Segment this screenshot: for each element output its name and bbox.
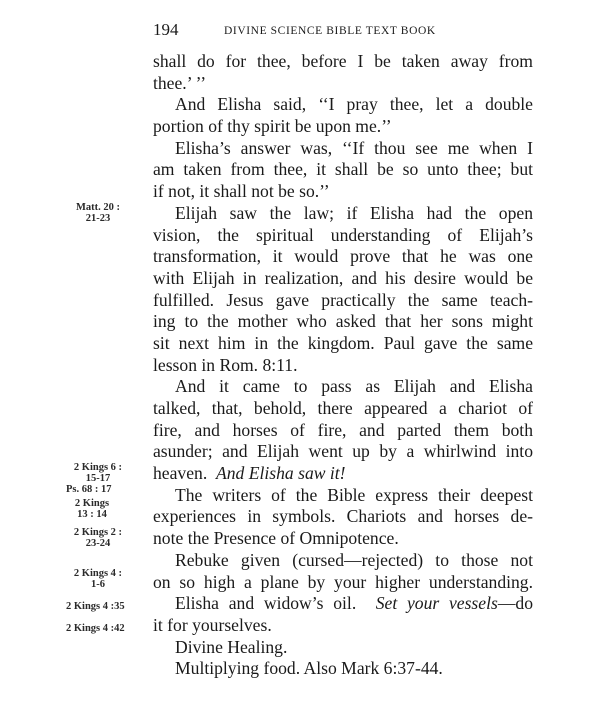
italic-phrase: Set your vessels — [376, 593, 498, 613]
margin-note-line: 2 Kings 4 :42 — [66, 623, 158, 634]
text-line: talked, that, behold, there appeared a c… — [153, 398, 533, 420]
margin-note-line: 2 Kings 4 : — [52, 568, 144, 579]
text-line: Elijah saw the law; if Elisha had the op… — [153, 203, 533, 225]
margin-note-matt-20: Matt. 20 : 21-23 — [52, 202, 144, 224]
text-line: Multiplying food. Also Mark 6:37-44. — [153, 658, 533, 680]
margin-note-line: Ps. 68 : 17 — [66, 484, 158, 495]
text-fragment: heaven. — [153, 463, 207, 483]
text-fragment: —do — [498, 593, 533, 613]
text-line: ing to the mother who asked that her son… — [153, 311, 533, 333]
text-line: vision, the spiritual understanding of E… — [153, 225, 533, 247]
text-line: heaven. And Elisha saw it! — [153, 463, 533, 485]
margin-note-line: 2 Kings 6 : — [52, 462, 144, 473]
body-text: shall do for thee, before I be taken awa… — [153, 51, 533, 680]
text-line: note the Presence of Omnipotence. — [153, 528, 533, 550]
page-number: 194 — [153, 20, 179, 40]
text-line: am taken from thee, it shall be so unto … — [153, 159, 533, 181]
margin-note-line: 23-24 — [52, 538, 144, 549]
text-line: lesson in Rom. 8:11. — [153, 355, 533, 377]
text-fragment: Elisha and widow’s oil. — [175, 593, 356, 613]
text-line: it for yourselves. — [153, 615, 533, 637]
margin-note-line: 15-17 — [52, 473, 144, 484]
text-line: Elisha’s answer was, ‘‘If thou see me wh… — [153, 138, 533, 160]
text-line: And Elisha said, ‘‘I pray thee, let a do… — [153, 94, 533, 116]
margin-note-line: 2 Kings 2 : — [52, 527, 144, 538]
text-line: experiences in symbols. Chariots and hor… — [153, 506, 533, 528]
margin-note-2-kings-13: 2 Kings 13 : 14 — [46, 498, 138, 520]
margin-note-2-kings-4-42: 2 Kings 4 :42 — [66, 623, 158, 634]
text-line: thee.’ ’’ — [153, 73, 533, 95]
text-line: The writers of the Bible express their d… — [153, 485, 533, 507]
margin-note-line: 21-23 — [52, 213, 144, 224]
text-line: Elisha and widow’s oil. Set your vessels… — [153, 593, 533, 615]
text-line: if not, it shall not be so.’’ — [153, 181, 533, 203]
margin-note-2-kings-2: 2 Kings 2 : 23-24 — [52, 527, 144, 549]
margin-note-line: Matt. 20 : — [52, 202, 144, 213]
margin-note-2-kings-4-1: 2 Kings 4 : 1-6 — [52, 568, 144, 590]
margin-note-line: 1-6 — [52, 579, 144, 590]
text-line: And it came to pass as Elijah and Elisha — [153, 376, 533, 398]
text-line: on so high a plane by your higher unders… — [153, 572, 533, 594]
margin-note-2-kings-6: 2 Kings 6 : 15-17 — [52, 462, 144, 484]
text-line: portion of thy spirit be upon me.’’ — [153, 116, 533, 138]
book-page: 194 DIVINE SCIENCE BIBLE TEXT BOOK Matt.… — [0, 0, 600, 709]
text-line: fire, and horses of fire, and parted the… — [153, 420, 533, 442]
text-line: with Elijah in realization, and his desi… — [153, 268, 533, 290]
margin-note-line: 13 : 14 — [46, 509, 138, 520]
italic-phrase: And Elisha saw it! — [216, 463, 346, 483]
text-line: fulfilled. Jesus gave practically the sa… — [153, 290, 533, 312]
page-header: 194 DIVINE SCIENCE BIBLE TEXT BOOK — [153, 20, 533, 40]
margin-note-2-kings-4-35: 2 Kings 4 :35 — [66, 601, 158, 612]
text-line: transformation, it would prove that he w… — [153, 246, 533, 268]
text-line: Rebuke given (cursed—rejected) to those … — [153, 550, 533, 572]
margin-note-line: 2 Kings — [46, 498, 138, 509]
running-title: DIVINE SCIENCE BIBLE TEXT BOOK — [224, 23, 436, 39]
text-line: sit next him in the kingdom. Paul gave t… — [153, 333, 533, 355]
margin-note-line: 2 Kings 4 :35 — [66, 601, 158, 612]
text-line: asunder; and Elijah went up by a whirlwi… — [153, 441, 533, 463]
text-line: Divine Healing. — [153, 637, 533, 659]
text-line: shall do for thee, before I be taken awa… — [153, 51, 533, 73]
margin-note-ps-68: Ps. 68 : 17 — [66, 484, 158, 495]
